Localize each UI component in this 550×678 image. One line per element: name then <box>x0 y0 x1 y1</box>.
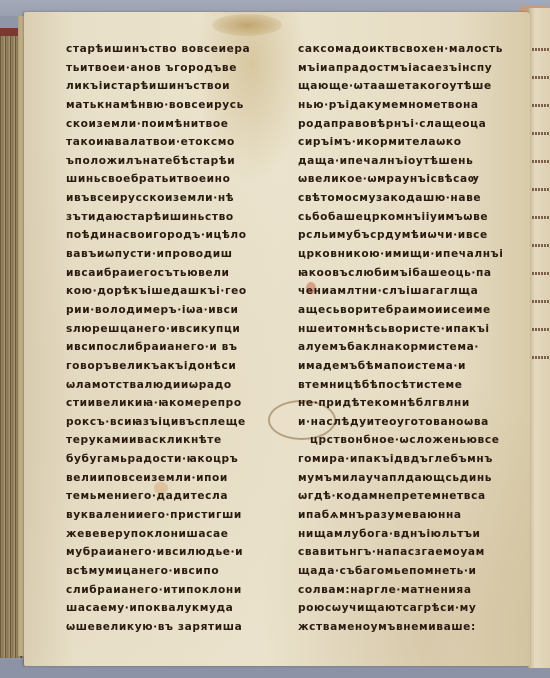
adjacent-page-text-fragment <box>532 48 550 51</box>
manuscript-line: ивъвсеирусскоиземли·нѣ <box>66 189 280 208</box>
manuscript-line: мъіиапрадостмъіасаезъінспу <box>298 59 518 78</box>
manuscript-line: щада·събагомьепомнеть·и <box>298 562 518 581</box>
manuscript-line: ѡшевеликую·въ зарятиша <box>66 618 280 637</box>
manuscript-line: жевеверупоклонишасае <box>66 525 280 544</box>
manuscript-line: рии·володимеръ·іѡа·ивси <box>66 301 280 320</box>
adjacent-page-text-fragment <box>532 300 550 303</box>
manuscript-line: свѣтомосмузакодашю·наве <box>298 189 518 208</box>
manuscript-line: не·придѣтекомнѣблгвлни <box>298 394 518 413</box>
adjacent-page-text-fragment <box>532 328 550 331</box>
manuscript-line: всѣмумицанего·ивсипо <box>66 562 280 581</box>
manuscript-line: слибраианего·итипоклони <box>66 581 280 600</box>
manuscript-line: ипабѧмнъразумеваюнна <box>298 506 518 525</box>
manuscript-line: шасаему·ипоквалукмуда <box>66 599 280 618</box>
manuscript-line: алуемъбаклнакормистема· <box>298 338 518 357</box>
manuscript-line: ѡламотствалюдииѡрадо <box>66 376 280 395</box>
manuscript-line: ивсаибраиегосътьювели <box>66 264 280 283</box>
manuscript-line: велииповсеиземли·ипои <box>66 469 280 488</box>
manuscript-line: ѡвеликое·ѡмраунъісвѣсаѹ <box>298 170 518 189</box>
manuscript-line: мубраианего·ивсилюдье·и <box>66 543 280 562</box>
text-column-right: саксомадоиктвсвохен·малостьмъіиапрадостм… <box>298 40 518 637</box>
manuscript-line: втемницѣбѣпосѣтистеме <box>298 376 518 395</box>
manuscript-line: ъположилънатебѣстарѣи <box>66 152 280 171</box>
manuscript-line: сьбобашецркомнъііуимъѡве <box>298 208 518 227</box>
manuscript-line: вукваленииего·пристигши <box>66 506 280 525</box>
manuscript-line: матькнамѣнвю·вовсеирусь <box>66 96 280 115</box>
manuscript-line: ликъіистарѣишинъствои <box>66 77 280 96</box>
manuscript-line: ѡгдѣ·кодамнепретемнетвса <box>298 487 518 506</box>
manuscript-line: сиръімъ·икормителаѡко <box>298 133 518 152</box>
manuscript-line: ивсипослибраианего·и въ <box>66 338 280 357</box>
text-column-left: старѣишинъство вовсеиератьитвоеи·анов ъг… <box>66 40 280 637</box>
manuscript-line: роюсѡучищаютсагрѣси·му <box>298 599 518 618</box>
manuscript-line: шиньсвоебратьитвоеино <box>66 170 280 189</box>
manuscript-line: солвам:наргле·матненияа <box>298 581 518 600</box>
manuscript-line: родаправовѣрнъі·слащеоца <box>298 115 518 134</box>
manuscript-line: нищамлубога·вднъіюльтъи <box>298 525 518 544</box>
manuscript-line: и·наслѣдуитеоуготованоѡва <box>298 413 518 432</box>
adjacent-page-text-fragment <box>532 188 550 191</box>
manuscript-line: даща·ипечалнъіоутѣшень <box>298 152 518 171</box>
manuscript-line: ншеитомнѣсьвористе·ипакъі <box>298 320 518 339</box>
manuscript-line: роксъ·всиꙗзъіцивъсплеще <box>66 413 280 432</box>
adjacent-page-text-fragment <box>532 216 550 219</box>
adjacent-page-text-fragment <box>532 356 550 359</box>
manuscript-line: имадемъбѣмапоистема·и <box>298 357 518 376</box>
manuscript-line: рсльимубъсрдумѣиѡчи·ивсе <box>298 226 518 245</box>
manuscript-line: старѣишинъство вовсеиера <box>66 40 280 59</box>
manuscript-line: говоръвеликъакъідонѣси <box>66 357 280 376</box>
manuscript-line: такоиꙗвалатвои·етоксмо <box>66 133 280 152</box>
manuscript-line: щающе·ѡтаашетакогоутѣше <box>298 77 518 96</box>
manuscript-line: скоиземли·поимѣнитвое <box>66 115 280 134</box>
manuscript-line: чениамлтни·слъішагаглща <box>298 282 518 301</box>
manuscript-line: поѣдинасвоигородъ·ицѣло <box>66 226 280 245</box>
manuscript-line: нью·ръідакумемнометвона <box>298 96 518 115</box>
manuscript-line: ѕлюрешцанего·ивсикупци <box>66 320 280 339</box>
adjacent-page-text-fragment <box>532 76 550 79</box>
manuscript-line: црствонбное·ѡсложеньювсе <box>298 431 518 450</box>
adjacent-page-text-fragment <box>532 160 550 163</box>
manuscript-line: зътидаюстарѣишиньство <box>66 208 280 227</box>
adjacent-page-text-fragment <box>532 272 550 275</box>
manuscript-line: гомира·ипакъідвдъглебъмнъ <box>298 450 518 469</box>
manuscript-line: црковникою·имищи·ипечалнъі <box>298 245 518 264</box>
manuscript-line: темьмениего·дадитесла <box>66 487 280 506</box>
manuscript-line: вавъиѡпусти·ипроводиш <box>66 245 280 264</box>
manuscript-line: кою·дорѣкъішедашкъі·гео <box>66 282 280 301</box>
manuscript-line: стиивеликиꙗ·ꙗкомерепро <box>66 394 280 413</box>
manuscript-line: тьитвоеи·анов ъгородъве <box>66 59 280 78</box>
manuscript-line: мумъмилаучаплдающсьдинь <box>298 469 518 488</box>
manuscript-line: саксомадоиктвсвохен·малость <box>298 40 518 59</box>
manuscript-line: свавитьнгъ·напасзгаемоуам <box>298 543 518 562</box>
adjacent-page-text-fragment <box>532 244 550 247</box>
manuscript-line: ащесьворитебраимоиисеиме <box>298 301 518 320</box>
water-stain <box>212 14 282 36</box>
adjacent-page <box>528 8 550 668</box>
manuscript-line: жстваменоумъвнемиваше: <box>298 618 518 637</box>
manuscript-line: ꙗкоовъслюбимъібашеоць·па <box>298 264 518 283</box>
adjacent-page-text-fragment <box>532 104 550 107</box>
adjacent-page-text-fragment <box>532 132 550 135</box>
manuscript-line: бубугамьрадости·ꙗкоцръ <box>66 450 280 469</box>
manuscript-line: терукамииваскликнѣте <box>66 431 280 450</box>
